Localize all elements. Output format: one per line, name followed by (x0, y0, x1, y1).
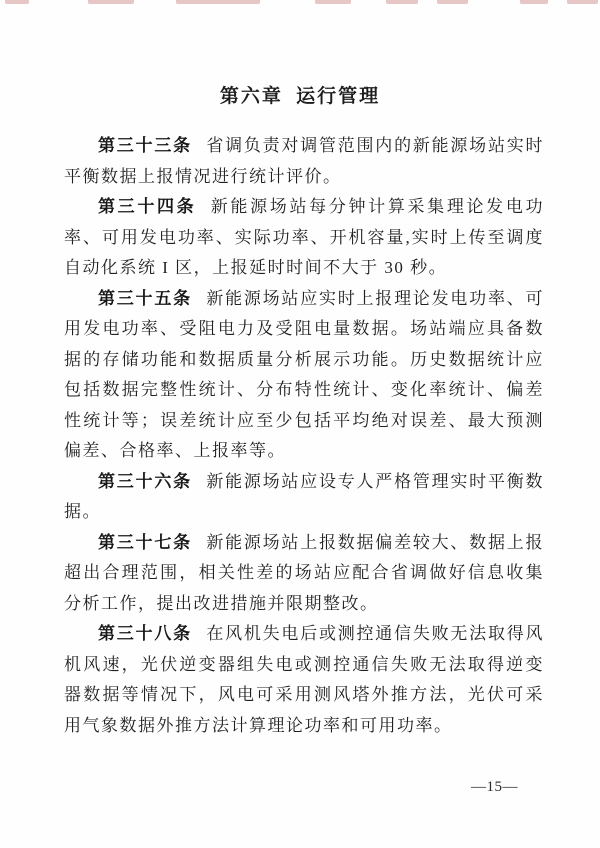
article-text: 新能源场站应实时上报理论发电功率、可用发电功率、受阻电力及受阻电量数据。场站端应… (64, 289, 544, 461)
article-paragraph: 第三十四条新能源场站每分钟计算采集理论发电功率、可用发电功率、实际功率、开机容量… (64, 192, 544, 284)
document-page: 第六章 运行管理 第三十三条省调负责对调管范围内的新能源场站实时平衡数据上报情况… (0, 0, 600, 848)
article-number: 第三十七条 (98, 533, 192, 552)
scan-artifact-dash (520, 0, 548, 4)
article-number: 第三十四条 (98, 197, 196, 216)
scan-artifact-marks (0, 0, 600, 5)
scan-artifact-dash (5, 0, 29, 4)
article-paragraph: 第三十五条新能源场站应实时上报理论发电功率、可用发电功率、受阻电力及受阻电量数据… (64, 284, 544, 467)
article-paragraph: 第三十八条在风机失电后或测控通信失败无法取得风机风速，光伏逆变器组失电或测控通信… (64, 619, 544, 741)
article-paragraph: 第三十六条新能源场站应设专人严格管理实时平衡数据。 (64, 467, 544, 528)
scan-artifact-dash (315, 0, 351, 4)
article-number: 第三十三条 (98, 136, 192, 155)
scan-artifact-dash (437, 0, 468, 4)
article-number: 第三十八条 (98, 624, 192, 643)
scan-artifact-dash (176, 0, 260, 4)
page-number: —15— (471, 779, 518, 796)
article-paragraph: 第三十七条新能源场站上报数据偏差较大、数据上报超出合理范围，相关性差的场站应配合… (64, 528, 544, 620)
article-number: 第三十五条 (98, 289, 192, 308)
article-number: 第三十六条 (98, 472, 192, 491)
chapter-title: 第六章 运行管理 (0, 81, 600, 108)
scan-artifact-dash (386, 0, 418, 4)
document-body: 第三十三条省调负责对调管范围内的新能源场站实时平衡数据上报情况进行统计评价。 第… (64, 131, 544, 741)
scan-artifact-dash (567, 0, 598, 4)
article-paragraph: 第三十三条省调负责对调管范围内的新能源场站实时平衡数据上报情况进行统计评价。 (64, 131, 544, 192)
scan-artifact-dash (88, 0, 134, 4)
